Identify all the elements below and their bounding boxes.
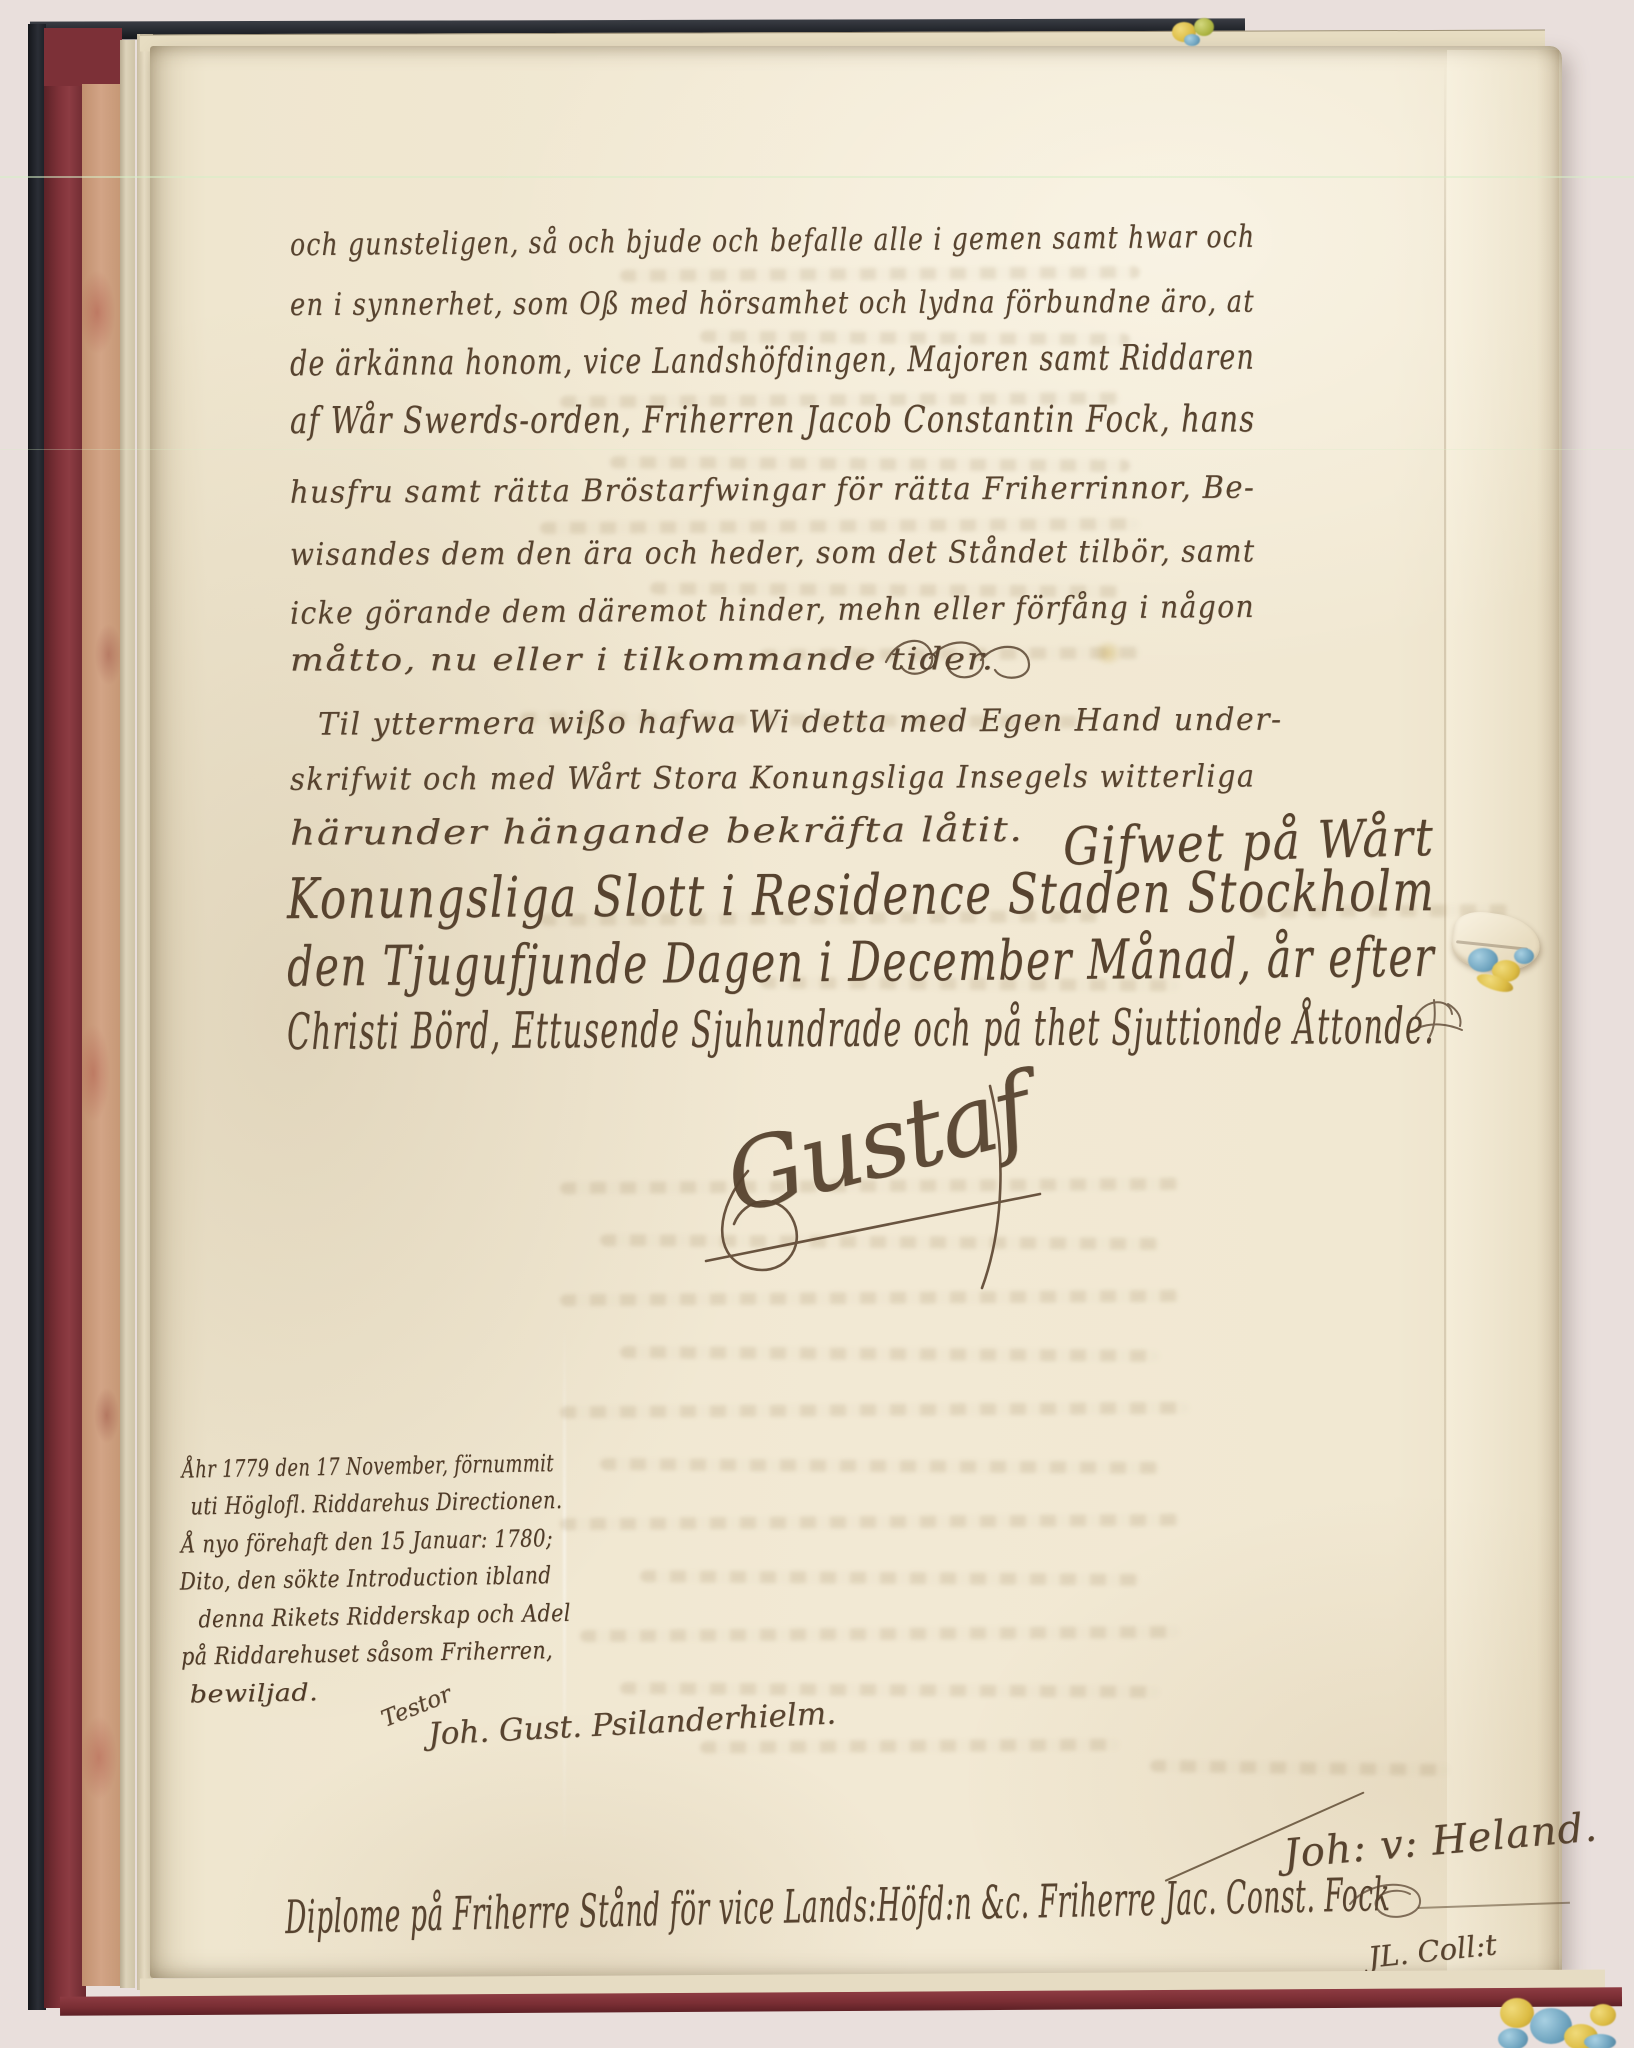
body-text-line-text: härunder hängande bekräfta låtit. [290,810,1024,854]
seal-tassel-yellow [1590,2004,1616,2026]
body-text-line: af Wår Swerds-orden, Friherren Jacob Con… [290,397,1522,442]
body-text-line: Til yttermera wißo hafwa Wi detta med Eg… [318,701,1316,742]
display-text-line: den Tjugufjunde Dagen i December Månad, … [287,921,1634,998]
page-edge-stack [120,40,135,1988]
display-text-line-text: den Tjugufjunde Dagen i December Månad, … [287,925,1436,999]
seal-tassel-blue [1498,2028,1528,2048]
caption-flourish [1342,1874,1434,1926]
bookmark-ribbon-blue [1184,34,1200,46]
display-text-line-text: Konungsliga Slott i Residence Staden Sto… [287,859,1436,932]
display-text-line: Konungsliga Slott i Residence Staden Sto… [287,857,1634,932]
body-text-line-text: skrifwit och med Wårt Stora Konungsliga … [290,758,1255,797]
body-text-line: härunder hängande bekräfta låtit. [290,810,928,853]
body-text: och gunsteligen, så och bjude och befall… [290,222,1290,862]
book-cover-leather-corner [44,28,122,86]
scanned-manuscript-book: och gunsteligen, så och bjude och befall… [0,0,1634,2048]
marginal-note-line-text: denna Rikets Ridderskap och Adel [198,1599,571,1633]
body-text-line-text: och gunsteligen, så och bjude och befall… [290,219,1256,263]
marginal-note-line-text: Åhr 1779 den 17 November, förnummit [182,1449,555,1483]
marginal-note-line: på Riddarehuset såsom Friherren, [181,1635,615,1671]
marginal-note-line-text: uti Höglofl. Riddarehus Directionen. [190,1486,562,1520]
seal-cord-blue-thread [1514,948,1534,964]
bookmark-ribbon-green [1194,18,1214,36]
marginal-note-line: uti Höglofl. Riddarehus Directionen. [190,1484,651,1520]
body-text-line: icke görande dem däremot hinder, mehn el… [290,588,1351,631]
body-text-line-text: husfru samt rätta Bröstarfwingar för rät… [290,470,1255,511]
book-cover-leather [44,28,86,2008]
seal-tassel-yellow [1500,1998,1534,2028]
body-text-line-text: wisandes dem den ära och heder, som det … [290,533,1256,572]
scribal-flourish [880,628,1055,690]
body-text-line-text: af Wår Swerds-orden, Friherren Jacob Con… [290,397,1255,442]
marginal-note: Åhr 1779 den 17 November, förnummit uti … [178,1448,603,1735]
body-text-line: skrifwit och med Wårt Stora Konungsliga … [290,758,1330,798]
body-text-line: måtto, nu eller i tilkommande tider. [290,641,903,678]
body-text-line: husfru samt rätta Bröstarfwingar för rät… [290,469,1320,510]
marginal-note-line: Å nyo förehaft den 15 Januar: 1780; [181,1523,636,1559]
body-text-line: wisandes dem den ära och heder, som det … [290,533,1361,573]
marginal-note-line-text: bewiljad. [190,1678,319,1708]
body-text-line-text: Til yttermera wißo hafwa Wi detta med Eg… [318,702,1283,743]
marbled-endpaper [82,84,120,1986]
body-text-line: en i synnerhet, som Oß med hörsamhet och… [290,283,1453,323]
marginal-note-line-text: på Riddarehuset såsom Friherren, [181,1636,553,1670]
body-text-line-text: icke görande dem däremot hinder, mehn el… [290,589,1255,632]
marginal-note-line-text: Å nyo förehaft den 15 Januar: 1780; [181,1524,553,1558]
marginal-note-line: denna Rikets Ridderskap och Adel [198,1598,633,1634]
scan-artifact-line [0,176,1634,178]
flower-flourish [1408,990,1470,1044]
scan-artifact-line [0,449,1634,450]
marginal-note-line: Dito, den sökte Introduction ibland [180,1560,625,1596]
body-text-line-text: en i synnerhet, som Oß med hörsamhet och… [290,284,1255,323]
marginal-note-line-text: Dito, den sökte Introduction ibland [180,1561,552,1595]
body-text-line-text: de ärkänna honom, vice Landshöfdingen, M… [290,338,1255,385]
marginal-note-line: bewiljad. [190,1679,305,1709]
royal-signature-block: Gustaf [688,1046,1058,1306]
seal-tassel-blue [1584,2034,1616,2048]
